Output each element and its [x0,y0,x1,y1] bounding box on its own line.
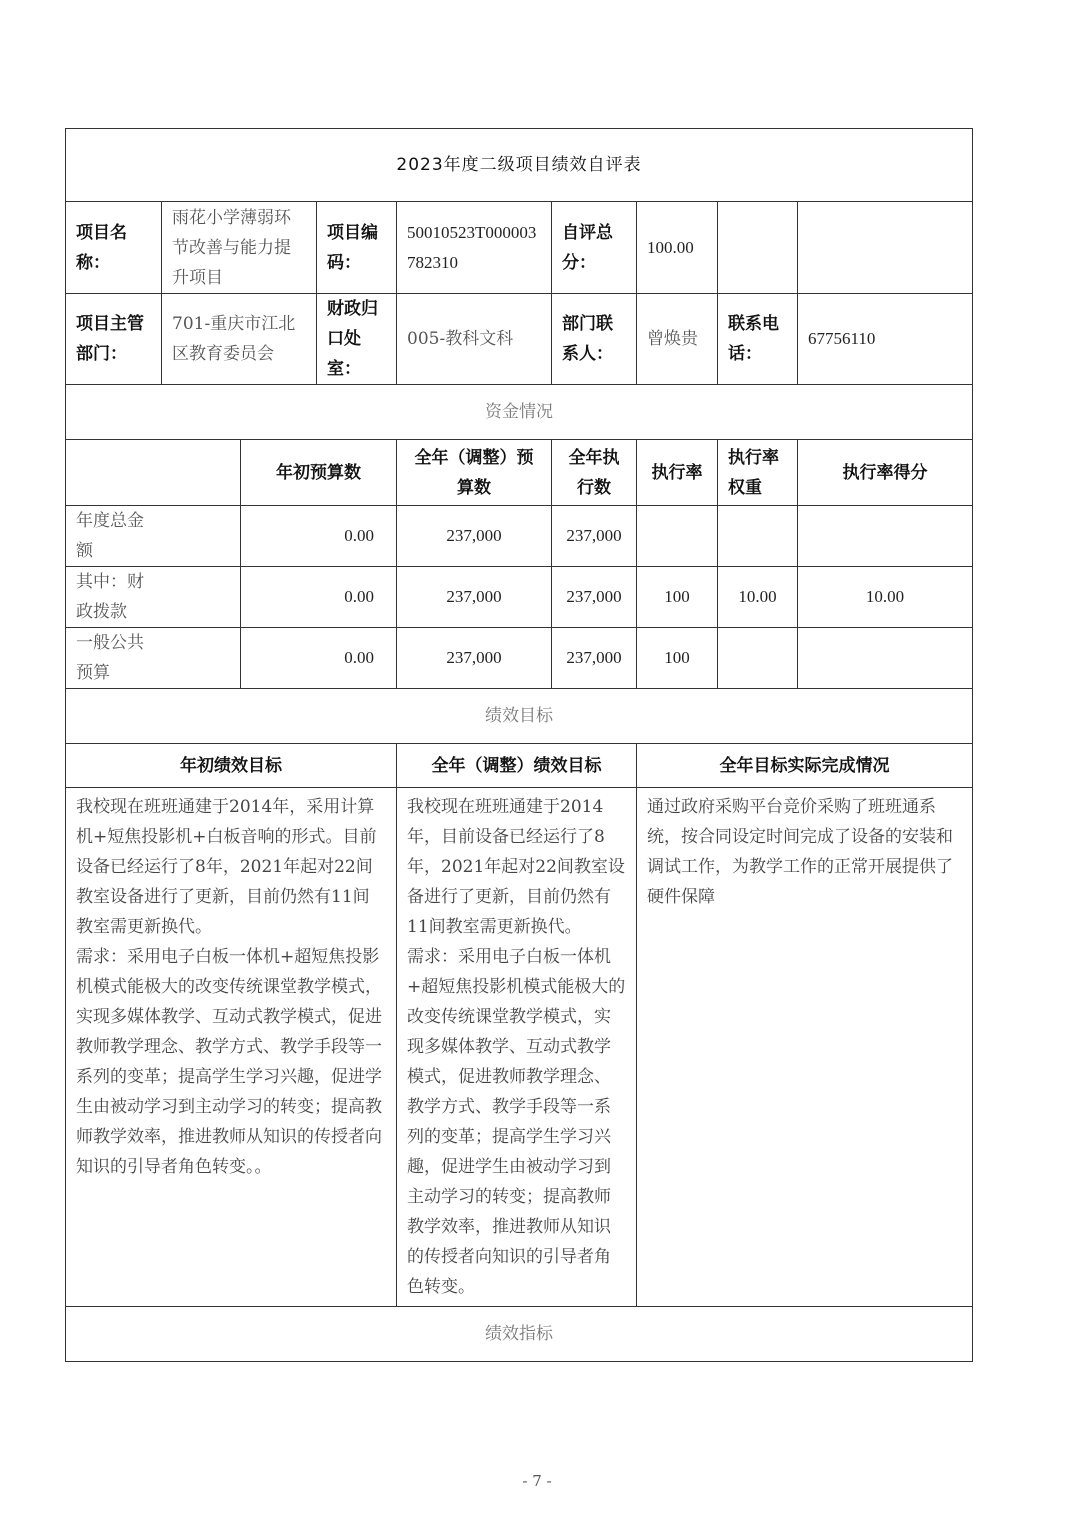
funds-row-label: 年度总金额 [66,506,241,567]
funds-header-empty [66,440,241,506]
contact-label: 部门联系人： [552,294,637,385]
department-label: 项目主管部门： [66,294,162,385]
initial-goal-text: 我校现在班班通建于2014年，采用计算机+短焦投影机+白板音响的形式。目前设备已… [66,788,397,1307]
indicators-section-title: 绩效指标 [66,1307,973,1362]
funds-header-score: 执行率得分 [798,440,973,506]
goals-header-actual: 全年目标实际完成情况 [637,744,973,788]
funds-row-label: 其中：财政拨款 [66,567,241,628]
document-title: 2023年度二级项目绩效自评表 [66,129,973,202]
funds-row-rate [637,506,718,567]
empty-cell [798,202,973,294]
funds-row-executed: 237,000 [552,628,637,689]
funds-row-weight: 10.00 [718,567,798,628]
funds-row-adjusted: 237,000 [397,628,552,689]
funds-row: 其中：财政拨款 0.00 237,000 237,000 100 10.00 1… [66,567,973,628]
funds-row-weight [718,506,798,567]
funds-row-initial: 0.00 [241,628,397,689]
funds-row-executed: 237,000 [552,506,637,567]
goals-header-adjusted: 全年（调整）绩效目标 [397,744,637,788]
project-code-value: 50010523T000003782310 [397,202,552,294]
funds-row-adjusted: 237,000 [397,567,552,628]
funds-header-adjusted: 全年（调整）预算数 [397,440,552,506]
project-code-label: 项目编码： [317,202,397,294]
funds-row: 一般公共预算 0.00 237,000 237,000 100 [66,628,973,689]
goals-section-title: 绩效目标 [66,689,973,744]
funds-row-score [798,628,973,689]
funds-header-rate: 执行率 [637,440,718,506]
project-name-value: 雨花小学薄弱环节改善与能力提升项目 [162,202,317,294]
funds-row-initial: 0.00 [241,506,397,567]
funds-row-score [798,506,973,567]
funds-row-rate: 100 [637,628,718,689]
self-score-label: 自评总分： [552,202,637,294]
funds-header-initial: 年初预算数 [241,440,397,506]
phone-label: 联系电话： [718,294,798,385]
page-number: - 7 - [0,1472,1074,1490]
funds-row-adjusted: 237,000 [397,506,552,567]
funds-row-initial: 0.00 [241,567,397,628]
funds-section-title: 资金情况 [66,385,973,440]
goals-header-initial: 年初绩效目标 [66,744,397,788]
project-name-label: 项目名称： [66,202,162,294]
department-value: 701-重庆市江北区教育委员会 [162,294,317,385]
self-score-value: 100.00 [637,202,718,294]
funds-row-weight [718,628,798,689]
contact-value: 曾焕贵 [637,294,718,385]
actual-completion-text: 通过政府采购平台竞价采购了班班通系统，按合同设定时间完成了设备的安装和调试工作，… [637,788,973,1307]
finance-office-value: 005-教科文科 [397,294,552,385]
funds-header-executed: 全年执行数 [552,440,637,506]
funds-row: 年度总金额 0.00 237,000 237,000 [66,506,973,567]
funds-header-weight: 执行率权重 [718,440,798,506]
phone-value: 67756110 [798,294,973,385]
funds-row-rate: 100 [637,567,718,628]
empty-cell [718,202,798,294]
finance-office-label: 财政归口处室： [317,294,397,385]
funds-row-label: 一般公共预算 [66,628,241,689]
funds-row-executed: 237,000 [552,567,637,628]
adjusted-goal-text: 我校现在班班通建于2014年，目前设备已经运行了8年，2021年起对22间教室设… [397,788,637,1307]
performance-evaluation-table: 2023年度二级项目绩效自评表 项目名称： 雨花小学薄弱环节改善与能力提升项目 … [65,128,973,1362]
funds-row-score: 10.00 [798,567,973,628]
